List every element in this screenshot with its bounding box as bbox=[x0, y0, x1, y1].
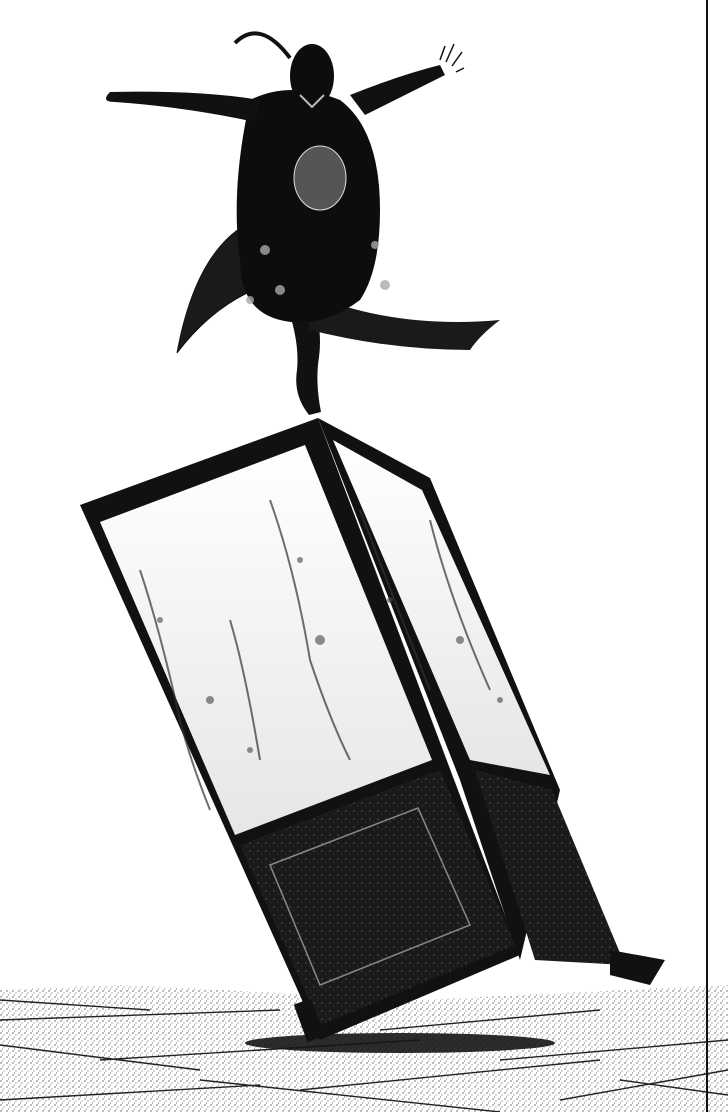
figure-right-arm bbox=[350, 65, 445, 115]
illustration bbox=[0, 0, 728, 1112]
figure-headband-tail bbox=[235, 33, 290, 58]
figure-right-hand bbox=[440, 44, 464, 72]
shadow bbox=[245, 1033, 555, 1053]
leaping-figure bbox=[106, 33, 500, 415]
figure-medallion bbox=[294, 146, 346, 210]
figure-left-arm bbox=[106, 92, 260, 122]
figure-head bbox=[290, 44, 334, 108]
manga-page: Single black-and-white manga panel: a ma… bbox=[0, 0, 728, 1112]
folding-screen bbox=[80, 418, 665, 1042]
figure-cape-left bbox=[177, 225, 247, 353]
